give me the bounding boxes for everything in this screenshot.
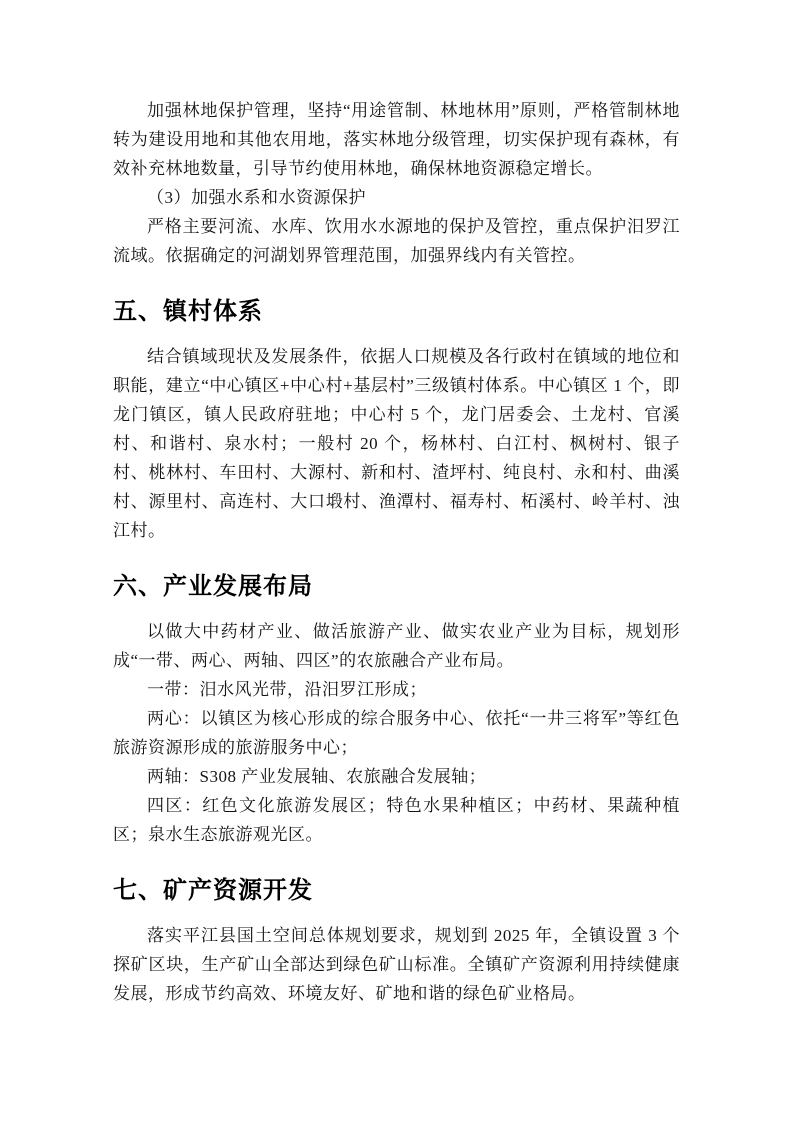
paragraph-forest-protection: 加强林地保护管理，坚持“用途管制、林地林用”原则，严格管制林地转为建设用地和其他… xyxy=(113,96,680,183)
paragraph-town-village-system: 结合镇域现状及发展条件，依据人口规模及各行政村在镇域的地位和职能，建立“中心镇区… xyxy=(113,342,680,545)
section-heading-mineral-resources: 七、矿产资源开发 xyxy=(113,875,680,907)
paragraph-two-axes: 两轴：S308 产业发展轴、农旅融合发展轴； xyxy=(113,762,680,791)
paragraph-one-belt: 一带：汨水风光带，沿汨罗江形成； xyxy=(113,675,680,704)
paragraph-water-protection-title: （3）加强水系和水资源保护 xyxy=(113,183,680,212)
paragraph-two-centers: 两心：以镇区为核心形成的综合服务中心、依托“一井三将军”等红色旅游资源形成的旅游… xyxy=(113,704,680,762)
paragraph-industry-goal: 以做大中药材产业、做活旅游产业、做实农业产业为目标，规划形成“一带、两心、两轴、… xyxy=(113,617,680,675)
document-page: 加强林地保护管理，坚持“用途管制、林地林用”原则，严格管制林地转为建设用地和其他… xyxy=(0,0,793,1122)
paragraph-mineral-resources: 落实平江县国土空间总体规划要求，规划到 2025 年，全镇设置 3 个探矿区块，… xyxy=(113,921,680,1008)
paragraph-four-zones: 四区：红色文化旅游发展区；特色水果种植区；中药材、果蔬种植区；泉水生态旅游观光区… xyxy=(113,791,680,849)
paragraph-water-protection-body: 严格主要河流、水库、饮用水水源地的保护及管控，重点保护汨罗江流域。依据确定的河湖… xyxy=(113,212,680,270)
section-heading-industry-layout: 六、产业发展布局 xyxy=(113,571,680,603)
section-heading-town-village-system: 五、镇村体系 xyxy=(113,296,680,328)
